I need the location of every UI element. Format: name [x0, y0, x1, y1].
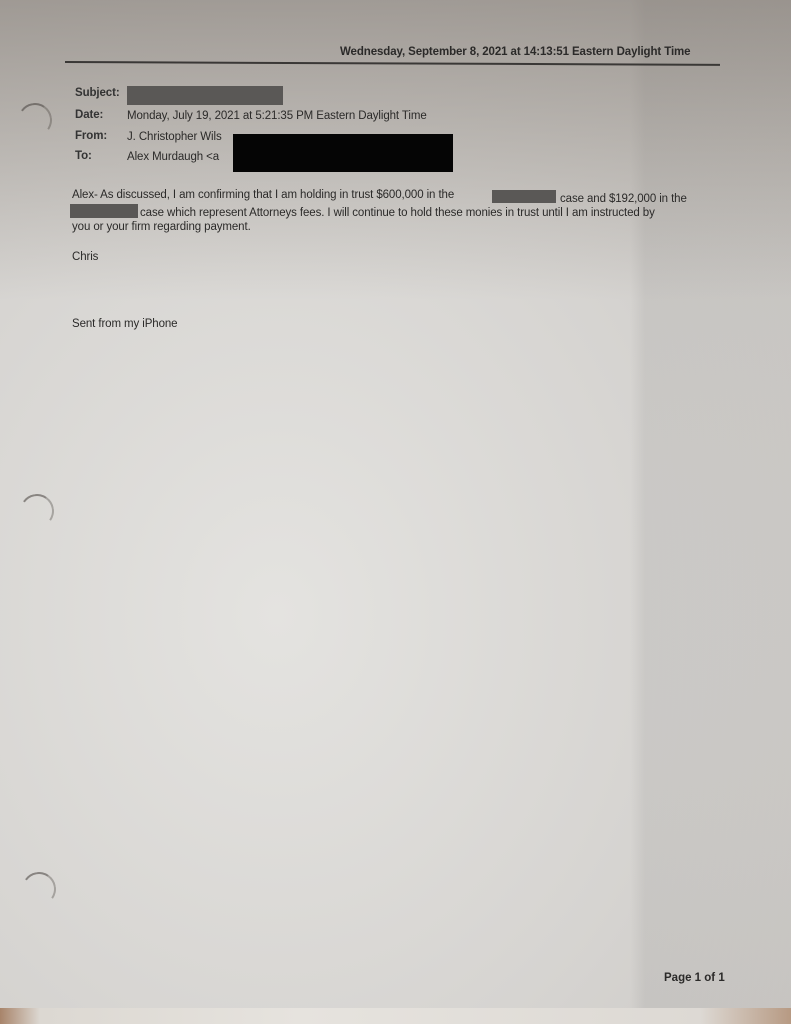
subject-label: Subject:: [75, 87, 120, 99]
to-label: To:: [75, 150, 92, 162]
date-label: Date:: [75, 109, 103, 121]
body-line-1b: case and $192,000 in the: [560, 193, 687, 205]
body-line-1a: Alex- As discussed, I am confirming that…: [72, 189, 454, 201]
from-label: From:: [75, 130, 107, 142]
body-line-3: you or your firm regarding payment.: [72, 221, 251, 233]
signoff: Chris: [72, 251, 98, 263]
print-header-timestamp: Wednesday, September 8, 2021 at 14:13:51…: [340, 46, 690, 58]
subject-redaction: [127, 86, 283, 105]
email-address-redaction: [233, 134, 453, 172]
to-value: Alex Murdaugh <a: [127, 151, 219, 163]
case-name-redaction-1: [492, 190, 556, 203]
body-line-2: case which represent Attorneys fees. I w…: [140, 207, 655, 219]
signature-line: Sent from my iPhone: [72, 318, 177, 330]
page-number: Page 1 of 1: [664, 972, 725, 984]
paper-bottom-edge: [0, 1008, 791, 1024]
from-value: J. Christopher Wils: [127, 131, 222, 143]
date-value: Monday, July 19, 2021 at 5:21:35 PM East…: [127, 110, 427, 122]
case-name-redaction-2: [70, 204, 138, 218]
